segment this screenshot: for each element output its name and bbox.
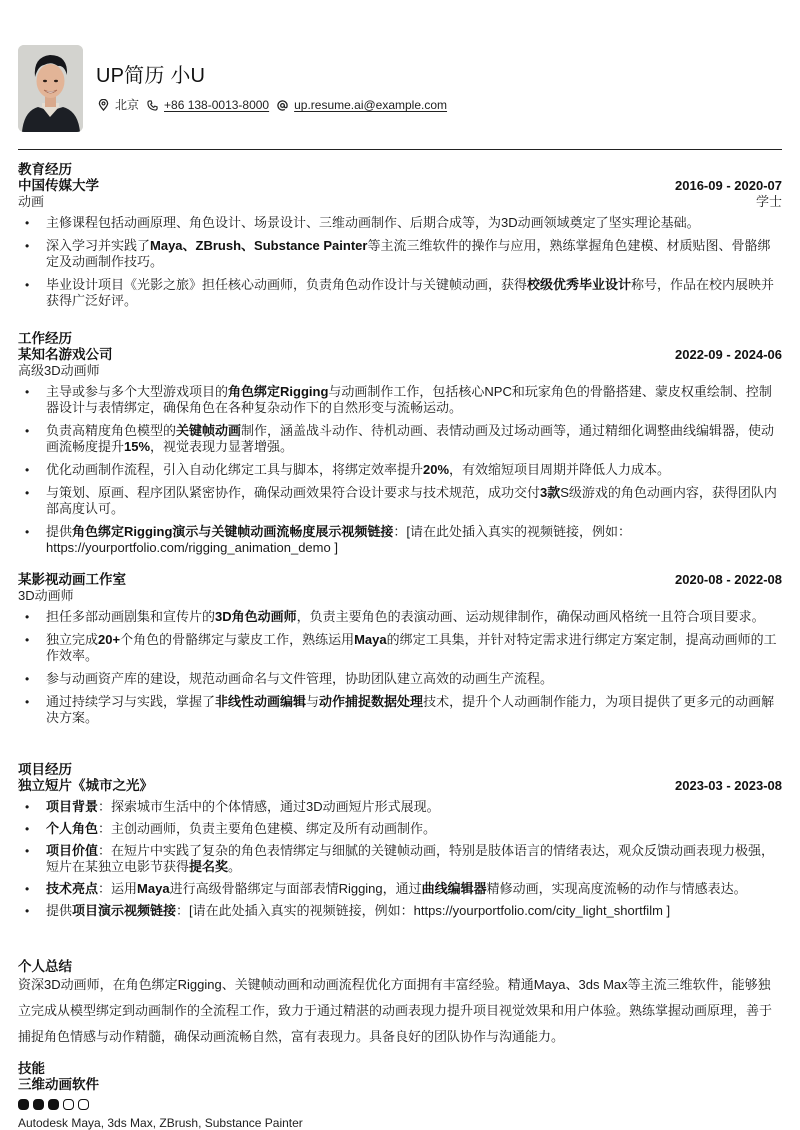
bullet-item: 技术亮点：运用Maya进行高级骨骼绑定与面部表情Rigging，通过曲线编辑器精… [18,881,782,897]
major: 动画 [18,194,44,210]
section-title-education: 教育经历 [18,162,782,178]
education-section: 教育经历 中国传媒大学 2016-09 - 2020-07 动画 学士 主修课程… [18,162,782,316]
bullet-item: 主修课程包括动画原理、角色设计、场景设计、三维动画制作、后期合成等，为3D动画领… [18,215,782,231]
bullet-item: 与策划、原画、程序团队紧密协作，确保动画效果符合设计要求与技术规范，成功交付3款… [18,485,782,517]
bullet-item: 负责高精度角色模型的关键帧动画制作，涵盖战斗动作、待机动画、表情动画及过场动画等… [18,423,782,455]
filled-dot-icon [33,1099,44,1110]
section-title-skills: 技能 [18,1061,782,1077]
job-role: 高级3D动画师 [18,363,100,379]
bullet-item: 提供角色绑定Rigging演示与关键帧动画流畅度展示视频链接：[请在此处插入真实… [18,524,782,556]
summary-section: 个人总结 资深3D动画师，在角色绑定Rigging、关键帧动画和动画流程优化方面… [18,959,782,1050]
resume-header: UP简历 小U 北京 +86 138-0013-8000 up.resume.a… [18,45,782,133]
job-2-sub: 3D动画师 [18,588,782,604]
map-pin-icon [98,99,109,111]
job-2-header: 某影视动画工作室 2020-08 - 2022-08 [18,572,782,588]
project-bullets: 项目背景：探索城市生活中的个体情感，通过3D动画短片形式展现。个人角色：主创动画… [18,799,782,919]
empty-dot-icon [78,1099,89,1110]
projects-section: 项目经历 独立短片《城市之光》 2023-03 - 2023-08 项目背景：探… [18,762,782,925]
work-entry-2: 某影视动画工作室 2020-08 - 2022-08 3D动画师 担任多部动画剧… [18,572,782,733]
phone-icon [147,100,158,111]
bullet-item: 提供项目演示视频链接：[请在此处插入真实的视频链接，例如：https://you… [18,903,782,919]
bullet-item: 优化动画制作流程，引入自动化绑定工具与脚本，将绑定效率提升20%，有效缩短项目周… [18,462,782,478]
company-name: 某影视动画工作室 [18,572,126,588]
contact-info: 北京 +86 138-0013-8000 up.resume.ai@exampl… [98,97,455,113]
at-sign-icon [277,100,288,111]
contact-email: up.resume.ai@example.com [277,97,447,113]
skill-detail: Autodesk Maya, 3ds Max, ZBrush, Substanc… [18,1115,782,1130]
profile-photo [18,45,83,132]
filled-dot-icon [48,1099,59,1110]
job-date: 2020-08 - 2022-08 [675,572,782,588]
email-link[interactable]: up.resume.ai@example.com [294,97,447,113]
section-title-projects: 项目经历 [18,762,782,778]
skills-section: 技能 三维动画软件 Autodesk Maya, 3ds Max, ZBrush… [18,1061,782,1130]
job-1-sub: 高级3D动画师 [18,363,782,379]
resume-page: UP简历 小U 北京 +86 138-0013-8000 up.resume.a… [0,0,800,1130]
education-entry-sub: 动画 学士 [18,194,782,210]
bullet-item: 个人角色：主创动画师，负责主要角色建模、绑定及所有动画制作。 [18,821,782,837]
bullet-item: 担任多部动画剧集和宣传片的3D角色动画师，负责主要角色的表演动画、运动规律制作，… [18,609,782,625]
project-name: 独立短片《城市之光》 [18,778,153,794]
bullet-item: 项目背景：探索城市生活中的个体情感，通过3D动画短片形式展现。 [18,799,782,815]
contact-phone: +86 138-0013-8000 [147,97,269,113]
job-1-header: 某知名游戏公司 2022-09 - 2024-06 [18,347,782,363]
bullet-item: 独立完成20+个角色的骨骼绑定与蒙皮工作，熟练运用Maya的绑定工具集，并针对特… [18,632,782,664]
project-date: 2023-03 - 2023-08 [675,778,782,794]
bullet-item: 深入学习并实践了Maya、ZBrush、Substance Painter等主流… [18,238,782,270]
education-bullets: 主修课程包括动画原理、角色设计、场景设计、三维动画制作、后期合成等，为3D动画领… [18,215,782,309]
empty-dot-icon [63,1099,74,1110]
project-header: 独立短片《城市之光》 2023-03 - 2023-08 [18,778,782,794]
bullet-item: 参与动画资产库的建设，规范动画命名与文件管理，协助团队建立高效的动画生产流程。 [18,671,782,687]
phone-link[interactable]: +86 138-0013-8000 [164,97,269,113]
skill-name: 三维动画软件 [18,1077,782,1093]
candidate-name: UP简历 小U [96,63,205,90]
bullet-item: 主导或参与多个大型游戏项目的角色绑定Rigging与动画制作工作，包括核心NPC… [18,384,782,416]
location-text: 北京 [115,97,139,113]
bullet-item: 毕业设计项目《光影之旅》担任核心动画师，负责角色动作设计与关键帧动画，获得校级优… [18,277,782,309]
education-entry-header: 中国传媒大学 2016-09 - 2020-07 [18,178,782,194]
job-date: 2022-09 - 2024-06 [675,347,782,363]
section-title-work: 工作经历 [18,331,782,347]
education-date: 2016-09 - 2020-07 [675,178,782,194]
work-section: 工作经历 某知名游戏公司 2022-09 - 2024-06 高级3D动画师 主… [18,331,782,563]
job-role: 3D动画师 [18,588,74,604]
contact-location: 北京 [98,97,139,113]
job-1-bullets: 主导或参与多个大型游戏项目的角色绑定Rigging与动画制作工作，包括核心NPC… [18,384,782,556]
skill-level-rating [18,1099,782,1110]
bullet-item: 项目价值：在短片中实践了复杂的角色表情绑定与细腻的关键帧动画，特别是肢体语言的情… [18,843,782,875]
job-2-bullets: 担任多部动画剧集和宣传片的3D角色动画师，负责主要角色的表演动画、运动规律制作，… [18,609,782,726]
filled-dot-icon [18,1099,29,1110]
school-name: 中国传媒大学 [18,178,99,194]
degree: 学士 [756,194,782,210]
company-name: 某知名游戏公司 [18,347,113,363]
header-divider [18,149,782,150]
bullet-item: 通过持续学习与实践，掌握了非线性动画编辑与动作捕捉数据处理技术，提升个人动画制作… [18,694,782,726]
summary-text: 资深3D动画师，在角色绑定Rigging、关键帧动画和动画流程优化方面拥有丰富经… [18,972,782,1050]
